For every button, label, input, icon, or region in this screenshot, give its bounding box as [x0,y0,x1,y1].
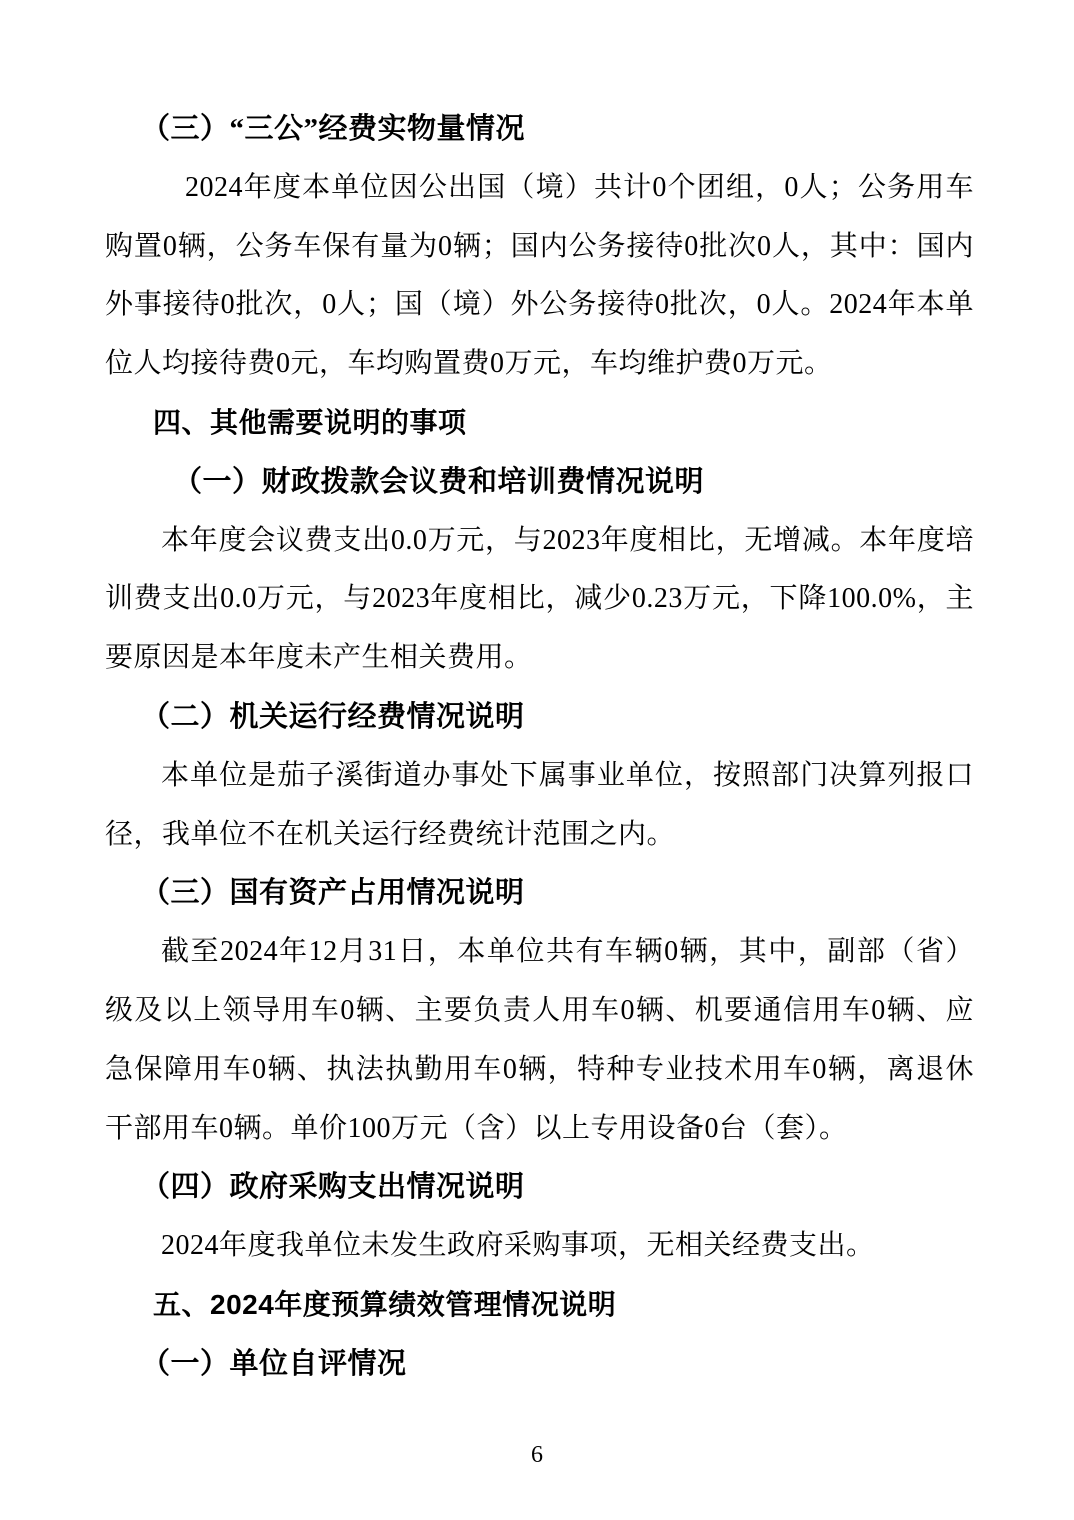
heading-unit-self-evaluation: （一）单位自评情况 [105,1335,974,1394]
paragraph-government-procurement: 2024年度我单位未发生政府采购事项，无相关经费支出。 [105,1217,974,1276]
paragraph-agency-operation-funds: 本单位是茄子溪街道办事处下属事业单位，按照部门决算列报口径，我单位不在机关运行经… [105,747,974,865]
document-page: （三）“三公”经费实物量情况 2024年度本单位因公出国（境）共计0个团组，0人… [0,0,1074,1520]
document-content: （三）“三公”经费实物量情况 2024年度本单位因公出国（境）共计0个团组，0人… [105,100,974,1394]
heading-meeting-and-training-fees: （一）财政拨款会议费和培训费情况说明 [105,453,974,512]
heading-government-procurement: （四）政府采购支出情况说明 [105,1158,974,1217]
paragraph-meeting-and-training-fees: 本年度会议费支出0.0万元，与2023年度相比，无增减。本年度培训费支出0.0万… [105,512,974,688]
heading-budget-performance-management: 五、2024年度预算绩效管理情况说明 [105,1276,974,1335]
heading-agency-operation-funds: （二）机关运行经费情况说明 [105,688,974,747]
paragraph-three-public-expenses-details: 2024年度本单位因公出国（境）共计0个团组，0人；公务用车购置0辆，公务车保有… [105,159,974,394]
heading-three-public-expenses-physical-quantity: （三）“三公”经费实物量情况 [105,100,974,159]
heading-state-owned-assets-occupancy: （三）国有资产占用情况说明 [105,864,974,923]
paragraph-state-owned-assets-occupancy: 截至2024年12月31日，本单位共有车辆0辆，其中，副部（省）级及以上领导用车… [105,923,974,1158]
heading-other-matters: 四、其他需要说明的事项 [105,394,974,453]
page-number: 6 [0,1440,1074,1470]
